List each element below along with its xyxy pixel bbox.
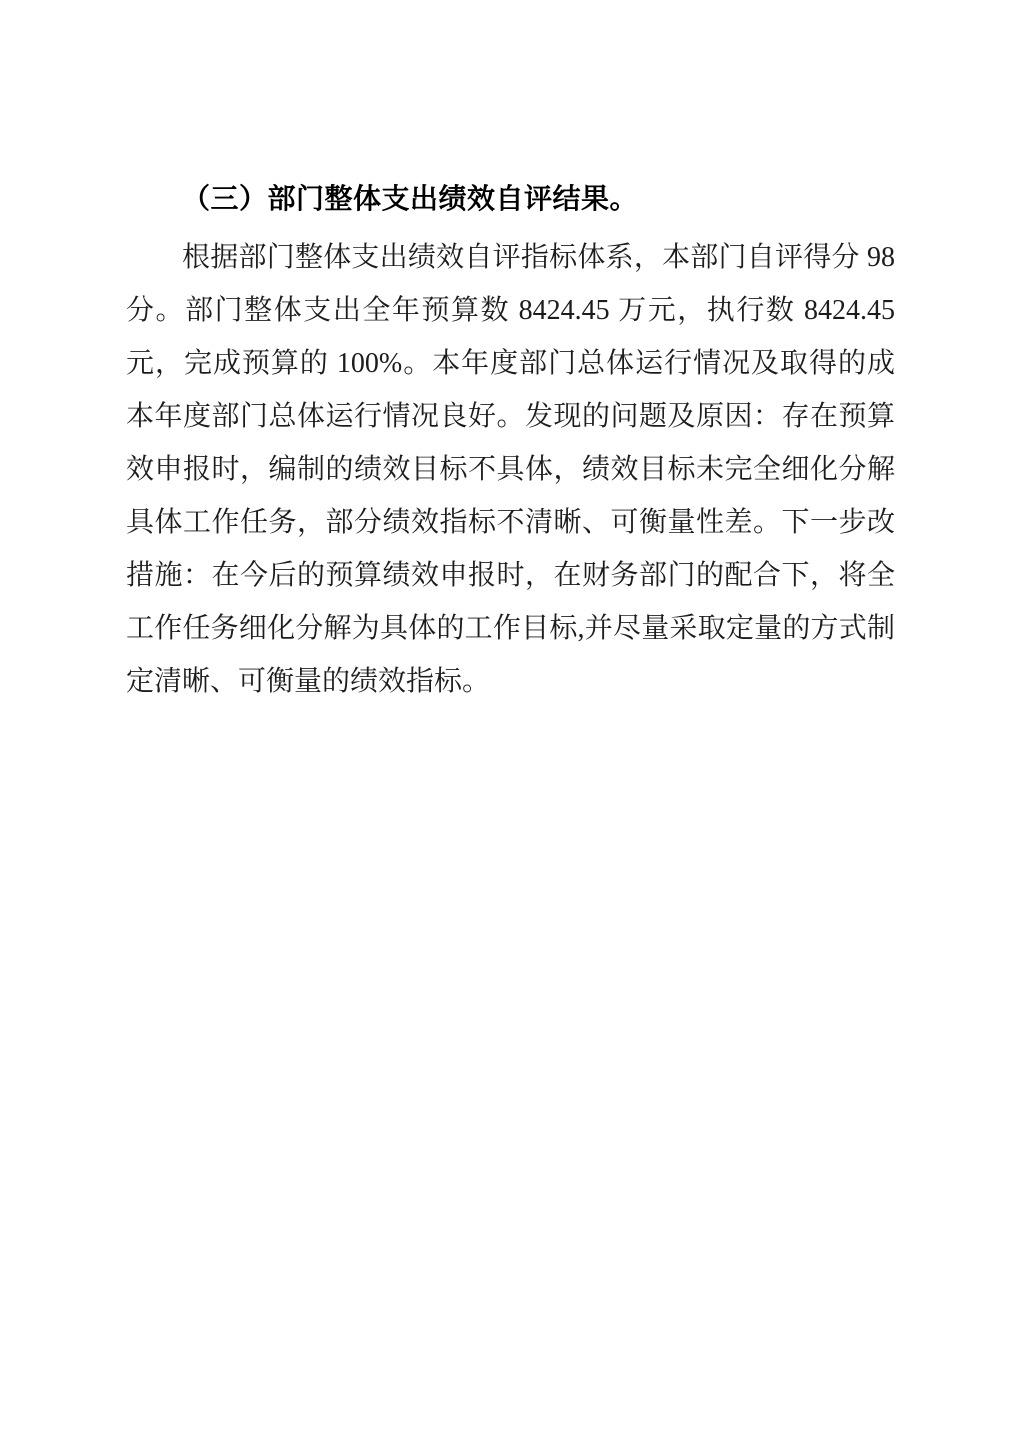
paragraph-line: 元，完成预算的 100%。本年度部门总体运行情况及取得的成绩： <box>126 337 895 390</box>
paragraph-line: 效申报时，编制的绩效目标不具体，绩效目标未完全细化分解为 <box>126 443 895 496</box>
paragraph-line: 具体工作任务，部分绩效指标不清晰、可衡量性差。下一步改进 <box>126 496 895 549</box>
paragraph-line: 工作任务细化分解为具体的工作目标,并尽量采取定量的方式制 <box>126 602 895 655</box>
body-paragraph: 根据部门整体支出绩效自评指标体系，本部门自评得分 98 分。部门整体支出全年预算… <box>126 231 895 708</box>
paragraph-line: 定清晰、可衡量的绩效指标。 <box>126 655 895 708</box>
section-heading: （三）部门整体支出绩效自评结果。 <box>126 172 896 228</box>
paragraph-line: 分。部门整体支出全年预算数 8424.45 万元，执行数 8424.45 万 <box>126 284 895 337</box>
paragraph-line: 措施：在今后的预算绩效申报时，在财务部门的配合下，将全年 <box>126 549 895 602</box>
paragraph-line: 本年度部门总体运行情况良好。发现的问题及原因：存在预算绩 <box>126 390 895 443</box>
paragraph-line: 根据部门整体支出绩效自评指标体系，本部门自评得分 98 <box>126 231 895 284</box>
document-page: （三）部门整体支出绩效自评结果。 根据部门整体支出绩效自评指标体系，本部门自评得… <box>0 0 1024 1448</box>
